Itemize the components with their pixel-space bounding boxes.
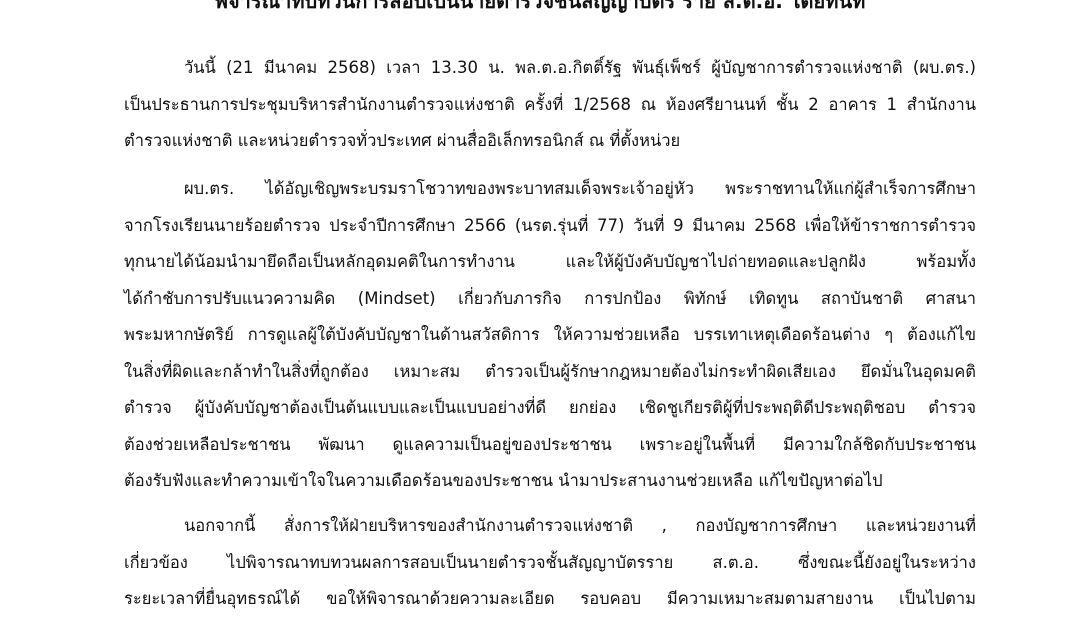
document-page: พิจารณาทบทวนการสอบเป็นนายตำรวจชั้นสัญญาบ… <box>0 0 1080 630</box>
text-line: พระมหากษัตริย์ การดูแลผู้ใต้บังคับบัญชาใ… <box>124 317 976 354</box>
text-line: เป็นประธานการประชุมบริหารสำนักงานตำรวจแห… <box>124 87 976 124</box>
paragraph-3: นอกจากนี้ สั่งการให้ฝ่ายบริหารของสำนักงา… <box>124 508 976 618</box>
text-line: ได้กำชับการปรับแนวความคิด (Mindset) เกี่… <box>124 281 976 318</box>
text-line: จากโรงเรียนนายร้อยตำรวจ ประจำปีการศึกษา … <box>124 208 976 245</box>
text-line: ตำรวจแห่งชาติ และหน่วยตำรวจทั่วประเทศ ผ่… <box>124 123 976 160</box>
text-line: ต้องช่วยเหลือประชาชน พัฒนา ดูแลความเป็นอ… <box>124 427 976 464</box>
text-line: นอกจากนี้ สั่งการให้ฝ่ายบริหารของสำนักงา… <box>124 508 976 545</box>
document-title: พิจารณาทบทวนการสอบเป็นนายตำรวจชั้นสัญญาบ… <box>0 0 1080 16</box>
text-line: ในสิ่งที่ผิดและกล้าทำในสิ่งที่ถูกต้อง เห… <box>124 354 976 391</box>
paragraph-1: วันนี้ (21 มีนาคม 2568) เวลา 13.30 น. พล… <box>124 50 976 160</box>
text-line: ผบ.ตร. ได้อัญเชิญพระบรมราโชวาทของพระบาทส… <box>124 171 976 208</box>
text-line: ตำรวจ ผู้บังคับบัญชาต้องเป็นต้นแบบและเป็… <box>124 390 976 427</box>
paragraph-2: ผบ.ตร. ได้อัญเชิญพระบรมราโชวาทของพระบาทส… <box>124 171 976 500</box>
text-line: ต้องรับฟังและทำความเข้าใจในความเดือดร้อน… <box>124 463 976 500</box>
text-line: ทุกนายได้น้อมนำมายึดถือเป็นหลักอุดมคติใน… <box>124 244 976 281</box>
text-line: เกี่ยวข้อง ไปพิจารณาทบทวนผลการสอบเป็นนาย… <box>124 545 976 582</box>
text-line: ระยะเวลาที่ยื่นอุทธรณ์ได้ ขอให้พิจารณาด้… <box>124 581 976 618</box>
text-line: วันนี้ (21 มีนาคม 2568) เวลา 13.30 น. พล… <box>124 50 976 87</box>
